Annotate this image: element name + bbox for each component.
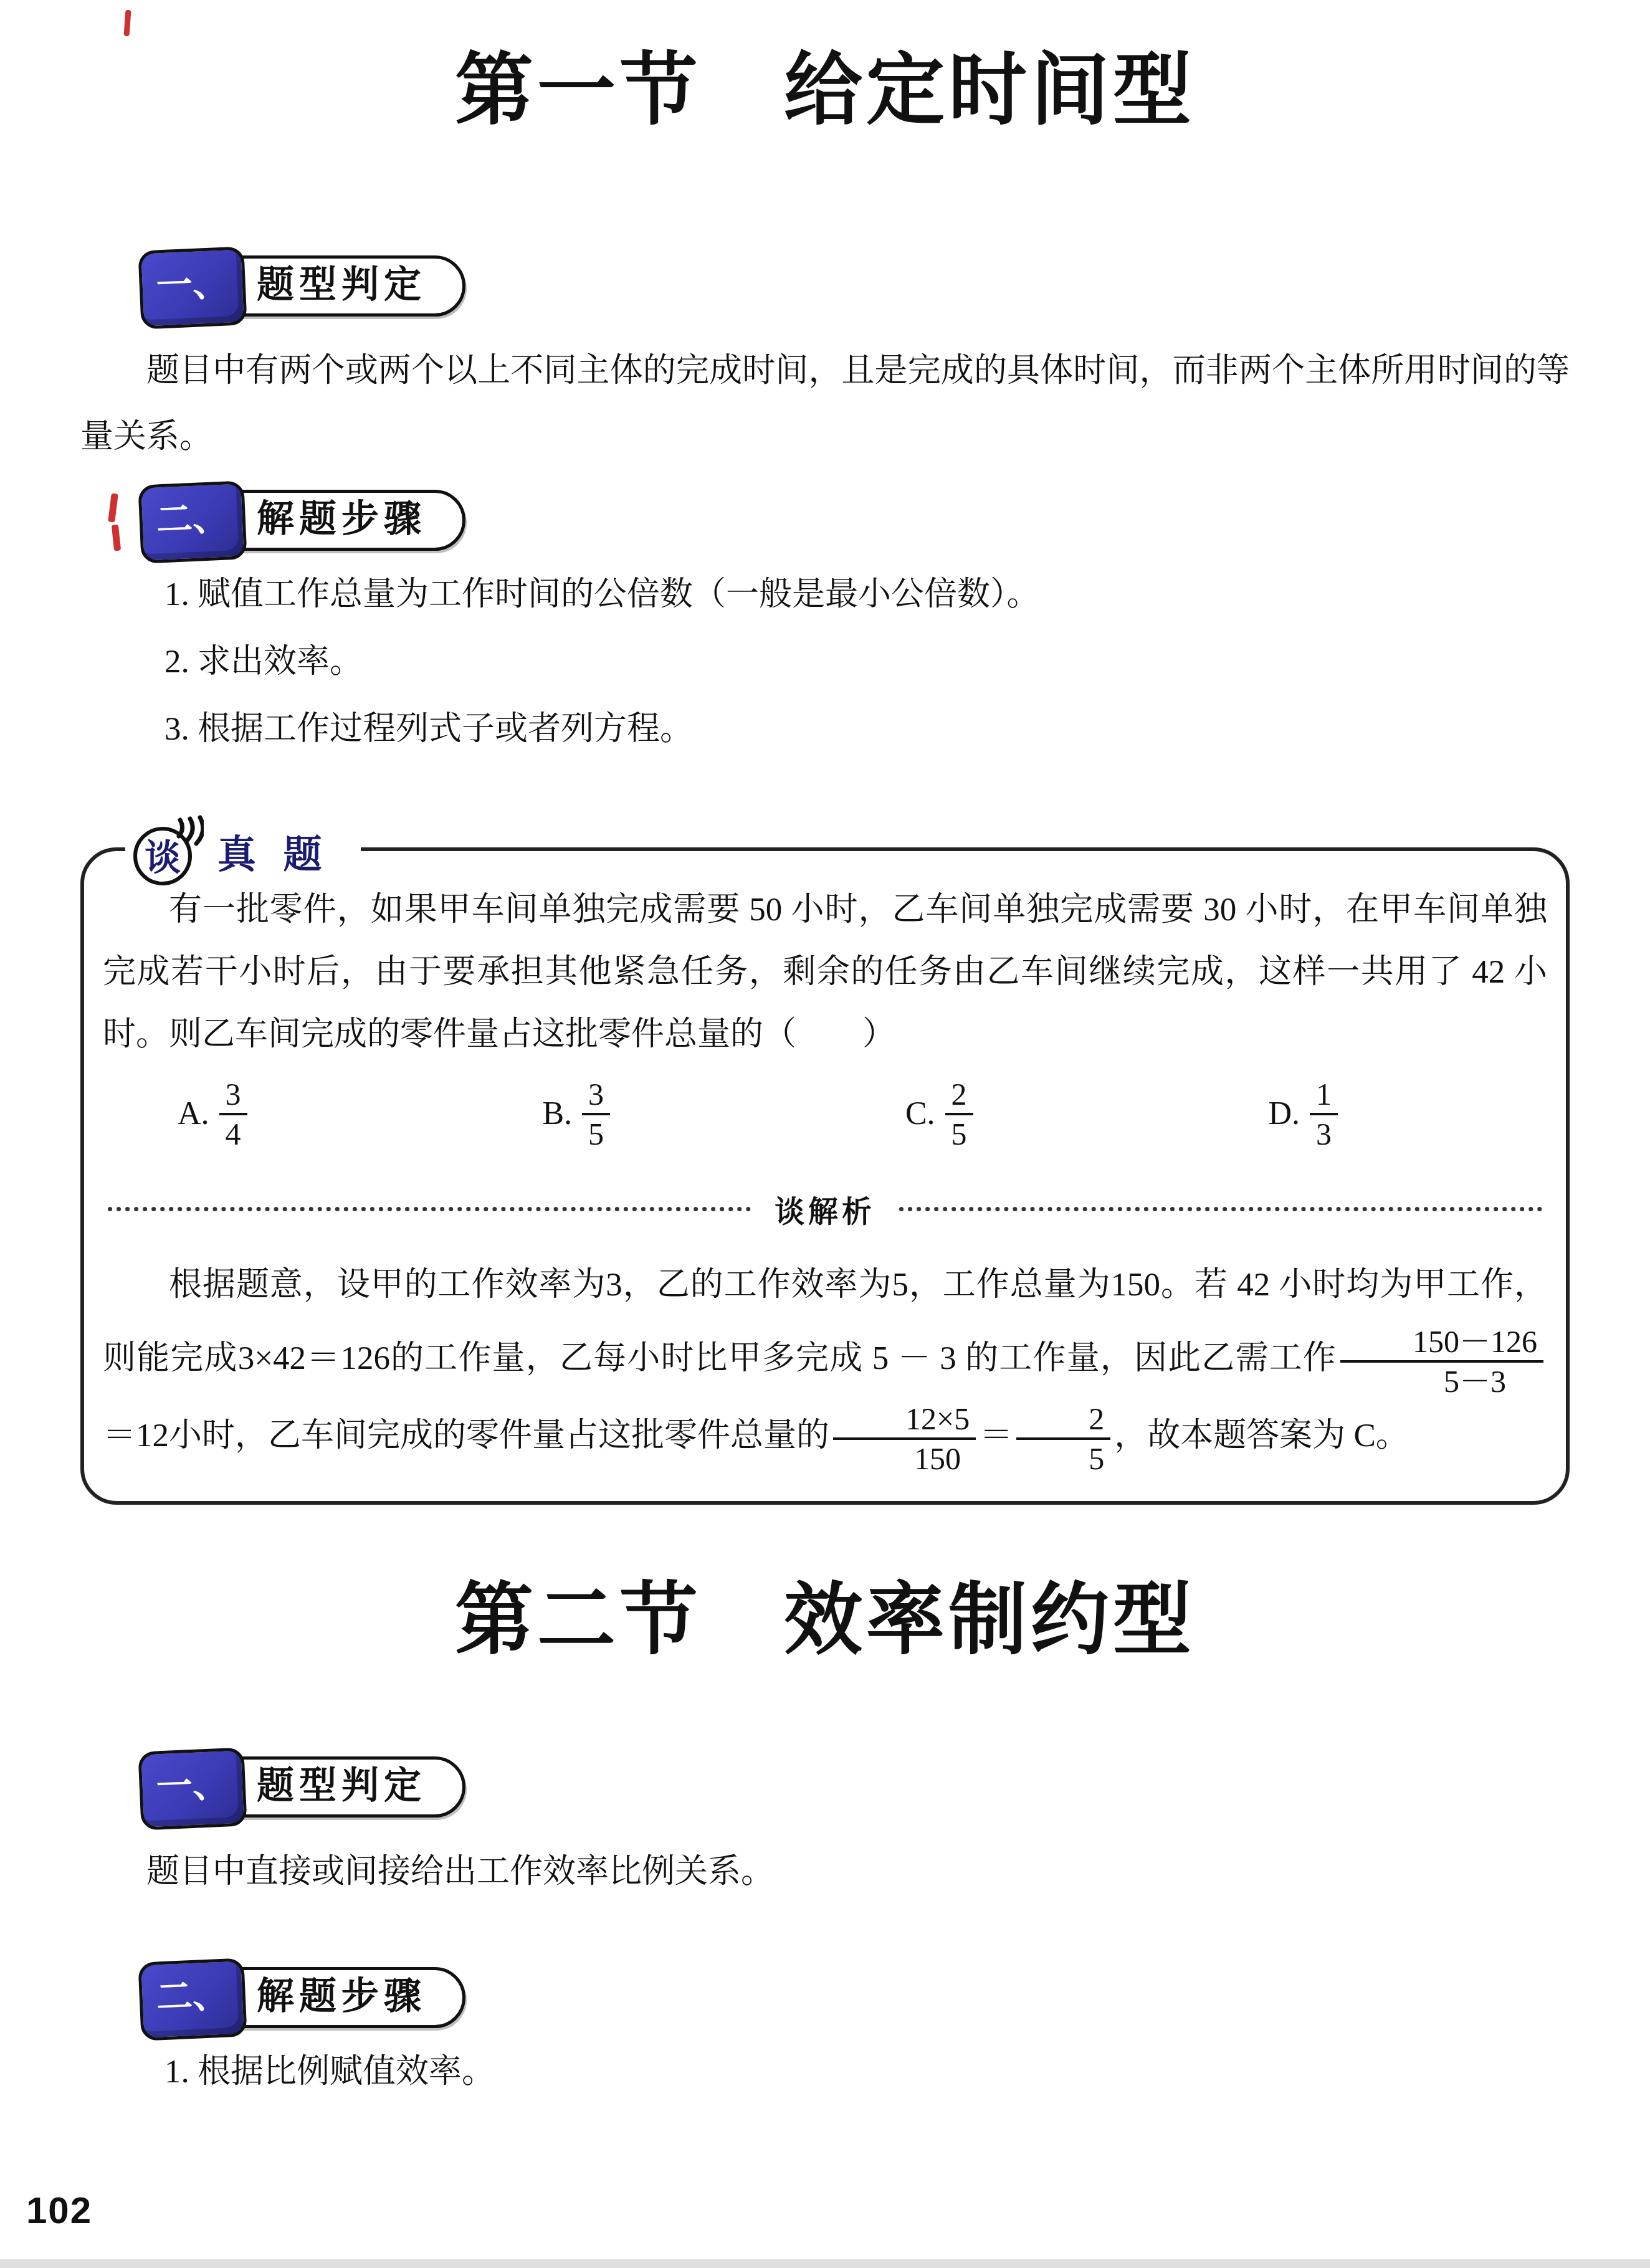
analysis-text: 根据题意，设甲的工作效率为3，乙的工作效率为5，工作总量为150。若 42 小时… bbox=[103, 1267, 1547, 1376]
analysis-text: ，故本题答案为 C。 bbox=[1114, 1417, 1409, 1454]
section2-title: 第二节 效率制约型 bbox=[80, 1576, 1570, 1667]
option-fraction: 1 3 bbox=[1310, 1077, 1338, 1151]
badge-number: 一、 bbox=[138, 246, 247, 329]
option-label: A. bbox=[178, 1095, 209, 1132]
option-label: C. bbox=[905, 1095, 935, 1132]
analysis-fraction-3: 25 bbox=[1016, 1401, 1110, 1476]
fraction-denominator: 5 bbox=[945, 1115, 973, 1151]
badge-number: 二、 bbox=[138, 480, 247, 563]
option-d: D. 1 3 bbox=[1268, 1077, 1342, 1151]
fraction-numerator: 3 bbox=[582, 1077, 610, 1115]
dotted-rule-left bbox=[108, 1207, 751, 1211]
section1-intro-paragraph: 题目中有两个或两个以上不同主体的完成时间，且是完成的具体时间，而非两个主体所用时… bbox=[80, 338, 1570, 470]
fraction-denominator: 5 bbox=[1016, 1440, 1110, 1476]
option-fraction: 3 5 bbox=[582, 1077, 610, 1151]
page-number: 102 bbox=[26, 2192, 92, 2229]
badge-number: 二、 bbox=[138, 1958, 247, 2041]
badge-type-determination-2: 一、 题型判定 bbox=[149, 1756, 465, 1818]
analysis-paragraph: 根据题意，设甲的工作效率为3，乙的工作效率为5，工作总量为150。若 42 小时… bbox=[103, 1248, 1547, 1476]
option-fraction: 2 5 bbox=[945, 1077, 973, 1151]
exam-header-label: 真 题 bbox=[217, 824, 331, 879]
badge-solution-steps-2: 二、 解题步骤 bbox=[149, 1967, 465, 2028]
badge-label: 题型判定 bbox=[257, 1765, 426, 1806]
option-c: C. 2 5 bbox=[905, 1077, 977, 1151]
analysis-fraction-2: 12×5150 bbox=[833, 1401, 976, 1476]
section2-intro-paragraph: 题目中直接或间接给出工作效率比例关系。 bbox=[80, 1839, 1570, 1905]
svg-text:谈: 谈 bbox=[145, 837, 181, 878]
step-item: 3. 根据工作过程列式子或者列方程。 bbox=[165, 695, 1570, 763]
talk-signal-icon: 谈 bbox=[130, 815, 204, 889]
option-label: B. bbox=[542, 1095, 572, 1132]
fraction-denominator: 5－3 bbox=[1340, 1363, 1543, 1399]
fraction-numerator: 2 bbox=[1016, 1401, 1110, 1440]
analysis-text: ＝12小时，乙车间完成的零件量占这批零件总量的 bbox=[103, 1417, 829, 1454]
exam-box-header: 谈 真 题 bbox=[125, 814, 361, 890]
fraction-numerator: 3 bbox=[219, 1077, 247, 1115]
fraction-denominator: 5 bbox=[582, 1115, 610, 1151]
badge-label: 解题步骤 bbox=[257, 498, 426, 540]
badge-label: 题型判定 bbox=[257, 264, 426, 305]
analysis-fraction-1: 150－1265－3 bbox=[1340, 1324, 1543, 1399]
step-item: 1. 根据比例赋值效率。 bbox=[165, 2038, 1570, 2105]
fraction-numerator: 1 bbox=[1310, 1077, 1338, 1115]
badge-number: 一、 bbox=[138, 1748, 247, 1831]
red-pen-mark bbox=[124, 10, 131, 37]
analysis-text: ＝ bbox=[980, 1417, 1013, 1454]
real-exam-question-box: 谈 真 题 有一批零件，如果甲车间单独完成需要 50 小时，乙车间单独完成需要 … bbox=[80, 847, 1570, 1505]
fraction-denominator: 150 bbox=[833, 1440, 976, 1476]
exam-question-text: 有一批零件，如果甲车间单独完成需要 50 小时，乙车间单独完成需要 30 小时，… bbox=[103, 879, 1547, 1065]
option-a: A. 3 4 bbox=[178, 1077, 251, 1151]
analysis-divider: 谈解析 bbox=[108, 1188, 1542, 1231]
option-label: D. bbox=[1268, 1095, 1300, 1132]
step-item: 1. 赋值工作总量为工作时间的公倍数（一般是最小公倍数）。 bbox=[165, 561, 1570, 628]
section1-steps-list: 1. 赋值工作总量为工作时间的公倍数（一般是最小公倍数）。 2. 求出效率。 3… bbox=[80, 561, 1570, 763]
fraction-numerator: 150－126 bbox=[1340, 1324, 1543, 1363]
dotted-rule-right bbox=[899, 1207, 1542, 1211]
bottom-scan-edge bbox=[0, 2259, 1650, 2268]
step-item: 2. 求出效率。 bbox=[165, 628, 1570, 695]
section1-title: 第一节 给定时间型 bbox=[80, 47, 1570, 137]
option-fraction: 3 4 bbox=[219, 1077, 247, 1151]
badge-label: 解题步骤 bbox=[257, 1975, 426, 2017]
answer-options-row: A. 3 4 B. 3 5 C. 2 5 bbox=[103, 1065, 1547, 1151]
fraction-denominator: 3 bbox=[1310, 1115, 1338, 1151]
page-content: 第一节 给定时间型 一、 题型判定 题目中有两个或两个以上不同主体的完成时间，且… bbox=[80, 47, 1570, 2105]
fraction-numerator: 12×5 bbox=[833, 1401, 976, 1440]
fraction-numerator: 2 bbox=[945, 1077, 973, 1115]
badge-type-determination-1: 一、 题型判定 bbox=[149, 255, 465, 317]
section2-steps-list: 1. 根据比例赋值效率。 bbox=[80, 2038, 1570, 2105]
badge-solution-steps-1: 二、 解题步骤 bbox=[149, 490, 465, 551]
option-b: B. 3 5 bbox=[542, 1077, 614, 1151]
analysis-divider-label: 谈解析 bbox=[775, 1188, 875, 1231]
fraction-denominator: 4 bbox=[219, 1115, 247, 1151]
